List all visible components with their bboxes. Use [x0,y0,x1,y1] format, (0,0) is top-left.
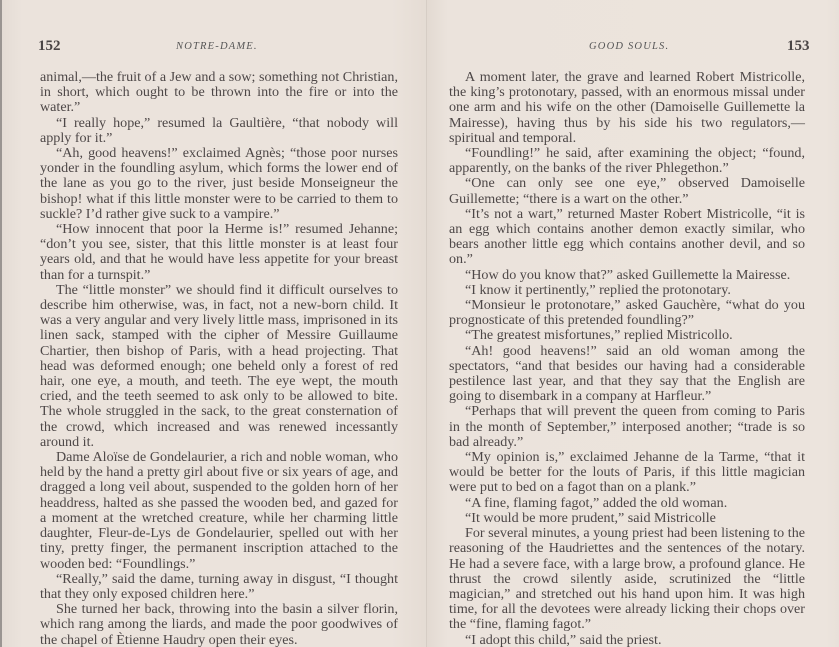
paragraph: “Perhaps that will prevent the queen fro… [449,404,805,450]
paragraph: A moment later, the grave and learned Ro… [449,70,805,146]
paragraph: “Monsieur le protonotare,” asked Gauchèr… [449,298,805,328]
paragraph: “Really,” said the dame, turning away in… [40,572,398,602]
paragraph: “How innocent that poor la Herme is!” re… [40,222,398,283]
paragraph: animal,—the fruit of a Jew and a sow; so… [40,70,398,116]
running-title: GOOD SOULS. [589,41,669,52]
paragraph: Dame Aloïse de Gondelaurier, a rich and … [40,450,398,572]
page-number: 152 [38,38,61,55]
paragraph: “How do you know that?” asked Guillemett… [449,268,805,283]
book-spread: 152 NOTRE-DAME. animal,—the fruit of a J… [0,0,839,647]
paragraph: The “little monster” we should find it d… [40,283,398,450]
running-title: NOTRE-DAME. [176,41,258,52]
paragraph: She turned her back, throwing into the b… [40,602,398,647]
paragraph: “I know it pertinently,” replied the pro… [449,283,805,298]
paragraph: “It would be more prudent,” said Mistric… [449,511,805,526]
left-page: 152 NOTRE-DAME. animal,—the fruit of a J… [0,0,426,647]
paragraph: For several minutes, a young priest had … [449,526,805,632]
right-page: GOOD SOULS. 153 A moment later, the grav… [426,0,839,647]
paragraph: “The greatest misfortunes,” replied Mist… [449,328,805,343]
paragraph: “I really hope,” resumed la Gaultière, “… [40,116,398,146]
paragraph: “A fine, flaming fagot,” added the old w… [449,496,805,511]
paragraph: “One can only see one eye,” observed Dam… [449,176,805,206]
paragraph: “It’s not a wart,” returned Master Rober… [449,207,805,268]
paragraph: “I adopt this child,” said the priest. [449,633,805,647]
paragraph: “Ah! good heavens!” said an old woman am… [449,344,805,405]
paragraph: “Ah, good heavens!” exclaimed Agnès; “th… [40,146,398,222]
book-gutter [426,0,427,647]
paragraph: “My opinion is,” exclaimed Jehanne de la… [449,450,805,496]
page-body: A moment later, the grave and learned Ro… [449,70,805,647]
paragraph: “Foundling!” he said, after examining th… [449,146,805,176]
page-number: 153 [787,38,810,55]
page-body: animal,—the fruit of a Jew and a sow; so… [40,70,398,647]
